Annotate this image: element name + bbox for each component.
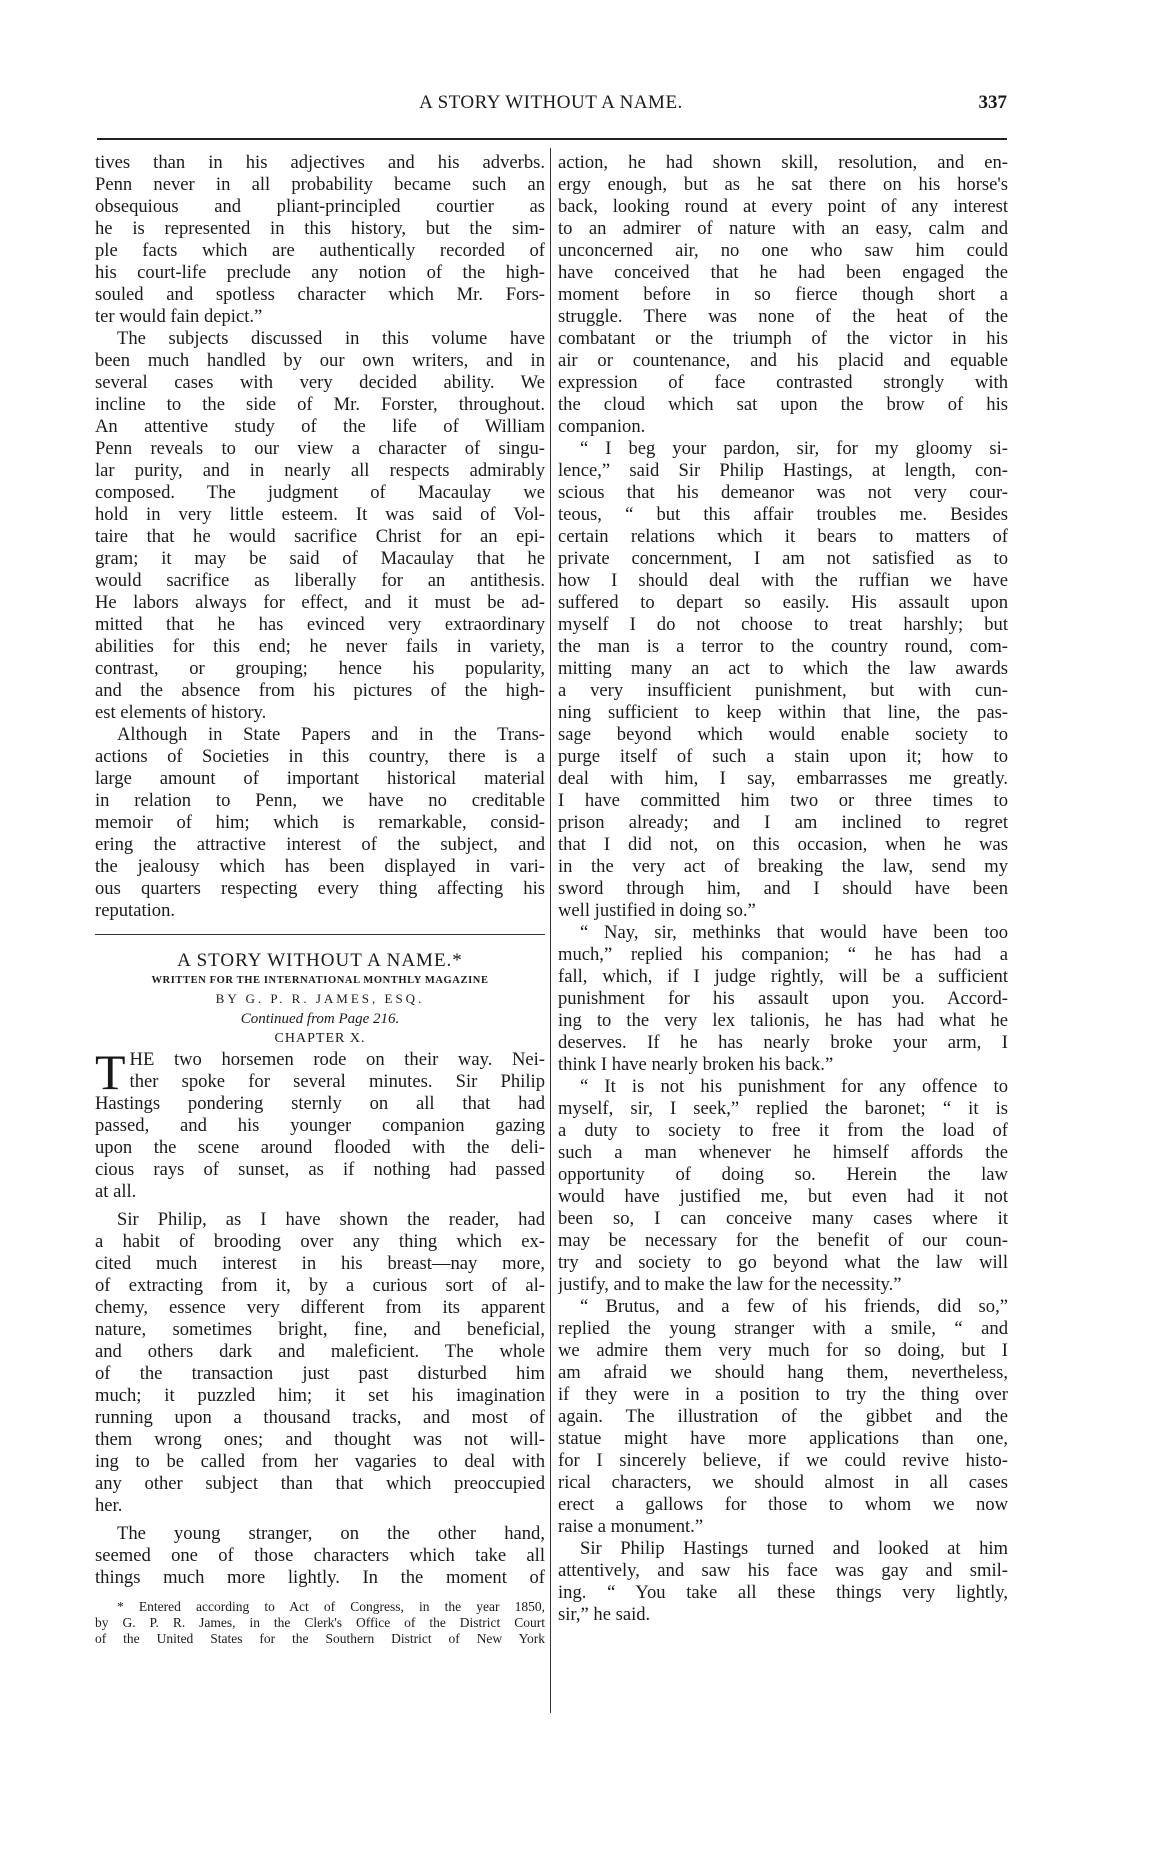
text-line: in relation to Penn, we have no creditab… bbox=[95, 790, 545, 812]
paragraph: Sir Philip, as I have shown the reader, … bbox=[95, 1209, 545, 1517]
text-line: gram; it may be said of Macaulay that he bbox=[95, 548, 545, 570]
text-line: punishment for his assault upon you. Acc… bbox=[558, 988, 1008, 1010]
text-line: things much more lightly. In the moment … bbox=[95, 1567, 545, 1589]
text-line: * Entered according to Act of Congress, … bbox=[95, 1599, 545, 1615]
text-line: large amount of important historical mat… bbox=[95, 768, 545, 790]
text-line: incline to the side of Mr. Forster, thro… bbox=[95, 394, 545, 416]
text-line: ing to be called from her vagaries to de… bbox=[95, 1451, 545, 1473]
text-line: sir,” he said. bbox=[558, 1604, 1008, 1626]
paragraph: Although in State Papers and in the Tran… bbox=[95, 724, 545, 922]
text-line: think I have nearly broken his back.” bbox=[558, 1054, 1008, 1076]
text-line: deal with him, I say, embarrasses me gre… bbox=[558, 768, 1008, 790]
text-line: I have committed him two or three times … bbox=[558, 790, 1008, 812]
text-line: a duty to society to free it from the lo… bbox=[558, 1120, 1008, 1142]
text-line: well justified in doing so.” bbox=[558, 900, 1008, 922]
text-line: how I should deal with the ruffian we ha… bbox=[558, 570, 1008, 592]
text-line: souled and spotless character which Mr. … bbox=[95, 284, 545, 306]
column-divider bbox=[550, 148, 551, 1713]
paragraph: The subjects discussed in this volume ha… bbox=[95, 328, 545, 724]
text-line: would sacrifice as liberally for an anti… bbox=[95, 570, 545, 592]
dropcap-lines: HE two horsemen rode on their way. Nei-t… bbox=[95, 1049, 545, 1093]
text-line: passed, and his younger companion gazing bbox=[95, 1115, 545, 1137]
text-line: “ It is not his punishment for any offen… bbox=[558, 1076, 1008, 1098]
text-line: myself I do not choose to treat harshly;… bbox=[558, 614, 1008, 636]
text-line: the jealousy which has been displayed in… bbox=[95, 856, 545, 878]
paragraph: tives than in his adjectives and his adv… bbox=[95, 152, 545, 328]
text-line: teous, “ but this affair troubles me. Be… bbox=[558, 504, 1008, 526]
text-line: rical characters, we should almost in al… bbox=[558, 1472, 1008, 1494]
text-line: myself, sir, I seek,” replied the barone… bbox=[558, 1098, 1008, 1120]
text-line: much; it puzzled him; it set his imagina… bbox=[95, 1385, 545, 1407]
text-line: back, looking round at every point of an… bbox=[558, 196, 1008, 218]
paragraph: “ Brutus, and a few of his friends, did … bbox=[558, 1296, 1008, 1538]
text-line: action, he had shown skill, resolution, … bbox=[558, 152, 1008, 174]
running-title: A STORY WITHOUT A NAME. bbox=[95, 92, 1007, 114]
text-line: unconcerned air, no one who saw him coul… bbox=[558, 240, 1008, 262]
text-line: purge itself of such a stain upon it; ho… bbox=[558, 746, 1008, 768]
text-line: for I sincerely believe, if we could rev… bbox=[558, 1450, 1008, 1472]
text-line: chemy, essence very different from its a… bbox=[95, 1297, 545, 1319]
text-line: to an admirer of nature with an easy, ca… bbox=[558, 218, 1008, 240]
text-line: tives than in his adjectives and his adv… bbox=[95, 152, 545, 174]
text-line: expression of face contrasted strongly w… bbox=[558, 372, 1008, 394]
text-line: actions of Societies in this country, th… bbox=[95, 746, 545, 768]
chapter-heading: CHAPTER X. bbox=[95, 1029, 545, 1049]
text-line: “ Brutus, and a few of his friends, did … bbox=[558, 1296, 1008, 1318]
text-line: erect a gallows for those to whom we now bbox=[558, 1494, 1008, 1516]
text-line: such a man whenever he himself affords t… bbox=[558, 1142, 1008, 1164]
text-line: and the absence from his pictures of the… bbox=[95, 680, 545, 702]
text-line: replied the young stranger with a smile,… bbox=[558, 1318, 1008, 1340]
story-subtitle: WRITTEN FOR THE INTERNATIONAL MONTHLY MA… bbox=[95, 973, 545, 989]
text-line: the cloud which sat upon the brow of his bbox=[558, 394, 1008, 416]
text-line: ther spoke for several minutes. Sir Phil… bbox=[130, 1071, 545, 1093]
story-byline: BY G. P. R. JAMES, ESQ. bbox=[95, 989, 545, 1009]
text-line: prison already; and I am inclined to reg… bbox=[558, 812, 1008, 834]
text-line: The young stranger, on the other hand, bbox=[95, 1523, 545, 1545]
text-line: ning sufficient to keep within that line… bbox=[558, 702, 1008, 724]
text-line: He labors always for effect, and it must… bbox=[95, 592, 545, 614]
story-heading: A STORY WITHOUT A NAME.* WRITTEN FOR THE… bbox=[95, 949, 545, 1049]
text-line: scious that his demeanor was not very co… bbox=[558, 482, 1008, 504]
text-line: Penn reveals to our view a character of … bbox=[95, 438, 545, 460]
text-line: may be necessary for the benefit of our … bbox=[558, 1230, 1008, 1252]
text-line: composed. The judgment of Macaulay we bbox=[95, 482, 545, 504]
text-line: by G. P. R. James, in the Clerk's Office… bbox=[95, 1615, 545, 1631]
text-line: opportunity of doing so. Herein the law bbox=[558, 1164, 1008, 1186]
text-line: est elements of history. bbox=[95, 702, 545, 724]
text-line: try and society to go beyond what the la… bbox=[558, 1252, 1008, 1274]
text-line: An attentive study of the life of Willia… bbox=[95, 416, 545, 438]
text-line: a very insufficient punishment, but with… bbox=[558, 680, 1008, 702]
text-line: Penn never in all probability became suc… bbox=[95, 174, 545, 196]
text-line: justify, and to make the law for the nec… bbox=[558, 1274, 1008, 1296]
text-line: Sir Philip Hastings turned and looked at… bbox=[558, 1538, 1008, 1560]
footnote: * Entered according to Act of Congress, … bbox=[95, 1599, 545, 1647]
text-line: his court-life preclude any notion of th… bbox=[95, 262, 545, 284]
text-line: much,” replied his companion; “ he has h… bbox=[558, 944, 1008, 966]
paragraph-dropcap: T HE two horsemen rode on their way. Nei… bbox=[95, 1049, 545, 1093]
text-line: would have justified me, but even had it… bbox=[558, 1186, 1008, 1208]
text-line: that I did not, on this occasion, when h… bbox=[558, 834, 1008, 856]
paragraph: “ It is not his punishment for any offen… bbox=[558, 1076, 1008, 1296]
paragraph: “ I beg your pardon, sir, for my gloomy … bbox=[558, 438, 1008, 922]
text-line: raise a monument.” bbox=[558, 1516, 1008, 1538]
text-line: sword through him, and I should have bee… bbox=[558, 878, 1008, 900]
text-line: mitting many an act to which the law awa… bbox=[558, 658, 1008, 680]
text-line: ing to the very lex talionis, he has had… bbox=[558, 1010, 1008, 1032]
paragraph: Hastings pondering sternly on all that h… bbox=[95, 1093, 545, 1203]
text-line: cited much interest in his breast—nay mo… bbox=[95, 1253, 545, 1275]
text-line: taire that he would sacrifice Christ for… bbox=[95, 526, 545, 548]
text-line: any other subject than that which preocc… bbox=[95, 1473, 545, 1495]
text-line: mitted that he has evinced very extraord… bbox=[95, 614, 545, 636]
text-line: the man is a terror to the country round… bbox=[558, 636, 1008, 658]
page-number: 337 bbox=[979, 92, 1008, 114]
text-line: struggle. There was none of the heat of … bbox=[558, 306, 1008, 328]
text-line: cious rays of sunset, as if nothing had … bbox=[95, 1159, 545, 1181]
drop-cap: T bbox=[95, 1051, 126, 1093]
text-line: certain relations which it bears to matt… bbox=[558, 526, 1008, 548]
text-line: ter would fain depict.” bbox=[95, 306, 545, 328]
text-line: of extracting from it, by a curious sort… bbox=[95, 1275, 545, 1297]
paragraph: action, he had shown skill, resolution, … bbox=[558, 152, 1008, 438]
text-line: been much handled by our own writers, an… bbox=[95, 350, 545, 372]
text-line: Sir Philip, as I have shown the reader, … bbox=[95, 1209, 545, 1231]
text-line: combatant or the triumph of the victor i… bbox=[558, 328, 1008, 350]
paragraph: “ Nay, sir, methinks that would have bee… bbox=[558, 922, 1008, 1076]
text-line: have conceived that he had been engaged … bbox=[558, 262, 1008, 284]
text-line: sage beyond which would enable society t… bbox=[558, 724, 1008, 746]
text-line: of the transaction just past disturbed h… bbox=[95, 1363, 545, 1385]
text-line: at all. bbox=[95, 1181, 545, 1203]
text-line: been so, I can conceive many cases where… bbox=[558, 1208, 1008, 1230]
running-header: A STORY WITHOUT A NAME. 337 bbox=[95, 92, 1007, 122]
text-line: again. The illustration of the gibbet an… bbox=[558, 1406, 1008, 1428]
text-line: “ I beg your pardon, sir, for my gloomy … bbox=[558, 438, 1008, 460]
text-line: obsequious and pliant-principled courtie… bbox=[95, 196, 545, 218]
text-line: am afraid we should hang them, neverthel… bbox=[558, 1362, 1008, 1384]
text-line: them wrong ones; and thought was not wil… bbox=[95, 1429, 545, 1451]
text-line: ing. “ You take all these things very li… bbox=[558, 1582, 1008, 1604]
text-line: moment before in so fierce though short … bbox=[558, 284, 1008, 306]
text-line: attentively, and saw his face was gay an… bbox=[558, 1560, 1008, 1582]
continued-note: Continued from Page 216. bbox=[95, 1009, 545, 1029]
text-line: if they were in a position to try the th… bbox=[558, 1384, 1008, 1406]
paragraph: Sir Philip Hastings turned and looked at… bbox=[558, 1538, 1008, 1626]
text-line: and others dark and maleficient. The who… bbox=[95, 1341, 545, 1363]
text-line: seemed one of those characters which tak… bbox=[95, 1545, 545, 1567]
text-line: we admire them very much for so doing, b… bbox=[558, 1340, 1008, 1362]
text-line: ple facts which are authentically record… bbox=[95, 240, 545, 262]
text-line: lence,” said Sir Philip Hastings, at len… bbox=[558, 460, 1008, 482]
text-line: Although in State Papers and in the Tran… bbox=[95, 724, 545, 746]
header-rule bbox=[97, 138, 1007, 140]
right-column: action, he had shown skill, resolution, … bbox=[558, 152, 1008, 1626]
text-line: upon the scene around flooded with the d… bbox=[95, 1137, 545, 1159]
text-line: abilities for this end; he never fails i… bbox=[95, 636, 545, 658]
text-line: ering the attractive interest of the sub… bbox=[95, 834, 545, 856]
text-line: several cases with very decided ability.… bbox=[95, 372, 545, 394]
text-line: a habit of brooding over any thing which… bbox=[95, 1231, 545, 1253]
text-line: he is represented in this history, but t… bbox=[95, 218, 545, 240]
text-line: lar purity, and in nearly all respects a… bbox=[95, 460, 545, 482]
text-line: her. bbox=[95, 1495, 545, 1517]
paragraph: The young stranger, on the other hand,se… bbox=[95, 1523, 545, 1589]
text-line: air or countenance, and his placid and e… bbox=[558, 350, 1008, 372]
text-line: hold in very little esteem. It was said … bbox=[95, 504, 545, 526]
text-line: The subjects discussed in this volume ha… bbox=[95, 328, 545, 350]
text-line: memoir of him; which is remarkable, cons… bbox=[95, 812, 545, 834]
story-title: A STORY WITHOUT A NAME.* bbox=[95, 949, 545, 973]
text-line: nature, sometimes bright, fine, and bene… bbox=[95, 1319, 545, 1341]
text-line: reputation. bbox=[95, 900, 545, 922]
text-line: running upon a thousand tracks, and most… bbox=[95, 1407, 545, 1429]
text-line: companion. bbox=[558, 416, 1008, 438]
text-line: Hastings pondering sternly on all that h… bbox=[95, 1093, 545, 1115]
text-line: ous quarters respecting every thing affe… bbox=[95, 878, 545, 900]
text-line: statue might have more applications than… bbox=[558, 1428, 1008, 1450]
text-line: deserves. If he has nearly broke your ar… bbox=[558, 1032, 1008, 1054]
left-column: tives than in his adjectives and his adv… bbox=[95, 152, 545, 1647]
text-line: private concernment, I am not satisfied … bbox=[558, 548, 1008, 570]
text-line: HE two horsemen rode on their way. Nei- bbox=[130, 1049, 545, 1071]
text-line: ergy enough, but as he sat there on his … bbox=[558, 174, 1008, 196]
text-line: “ Nay, sir, methinks that would have bee… bbox=[558, 922, 1008, 944]
text-line: suffered to depart so easily. His assaul… bbox=[558, 592, 1008, 614]
text-line: fall, which, if I judge rightly, will be… bbox=[558, 966, 1008, 988]
text-line: contrast, or grouping; hence his popular… bbox=[95, 658, 545, 680]
text-line: in the very act of breaking the law, sen… bbox=[558, 856, 1008, 878]
text-line: of the United States for the Southern Di… bbox=[95, 1631, 545, 1647]
section-rule bbox=[95, 934, 545, 935]
